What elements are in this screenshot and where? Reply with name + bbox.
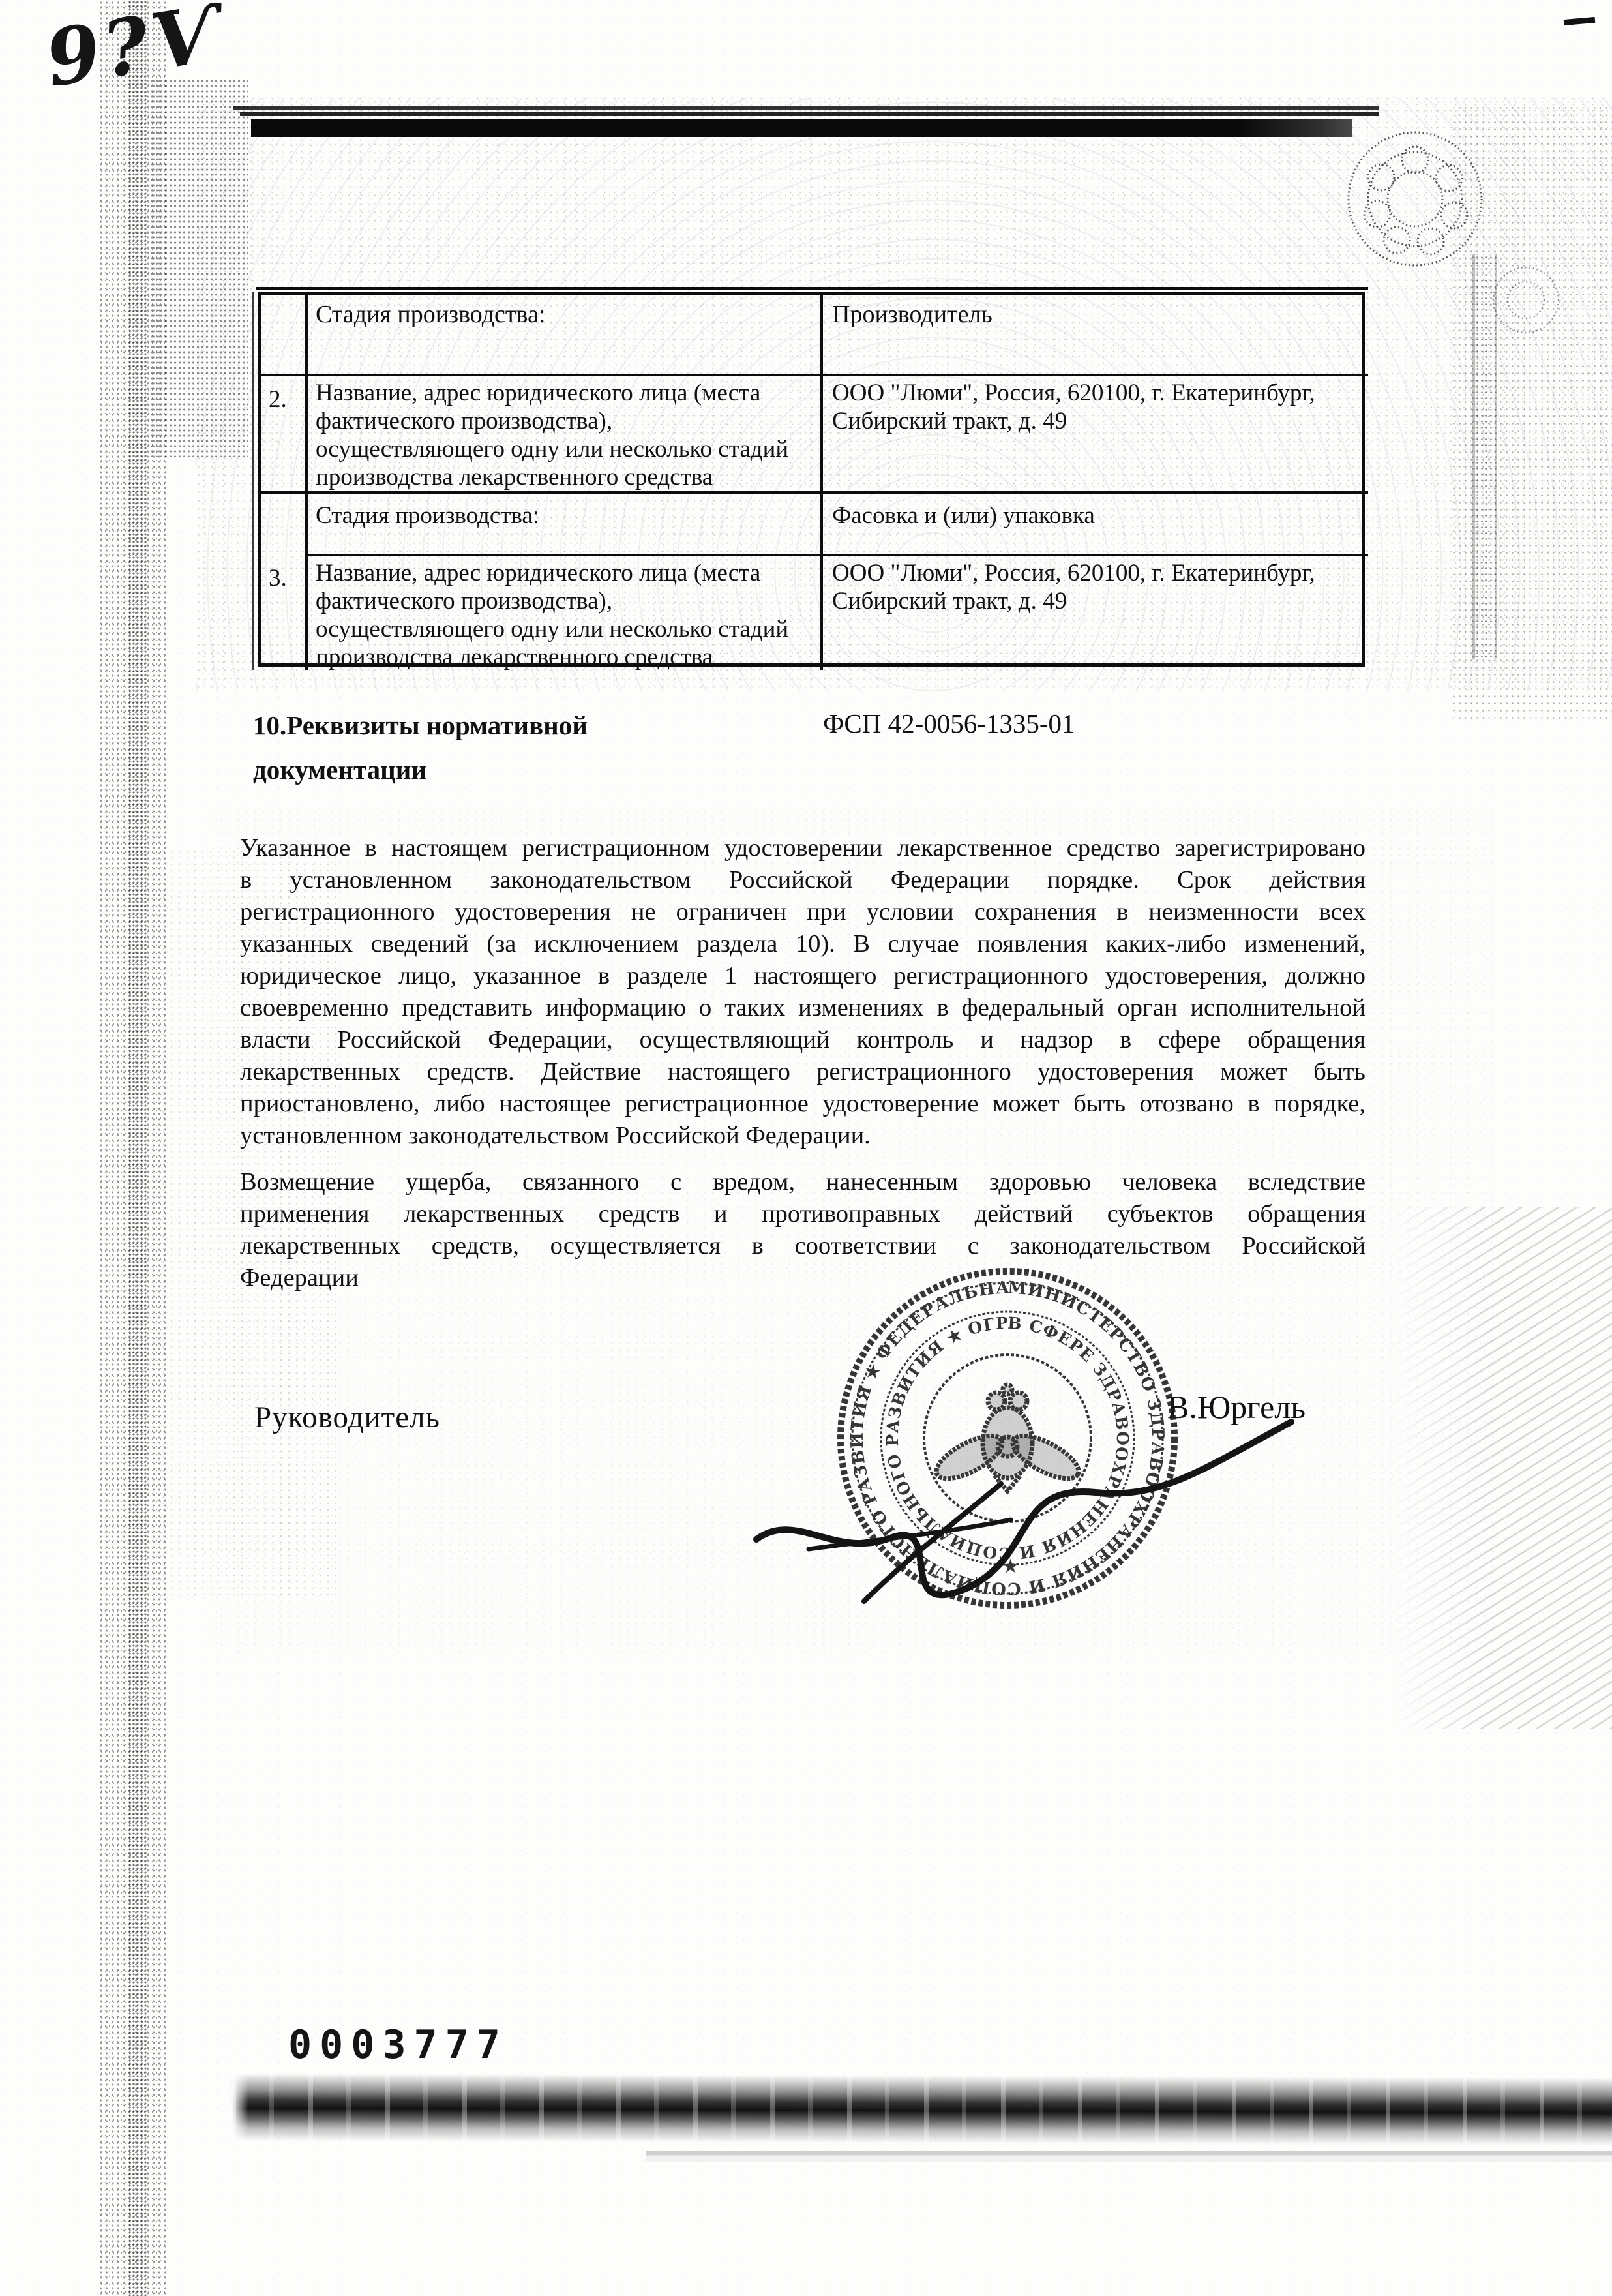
normative-document-number: ФСП 42-0056-1335-01 [823, 708, 1075, 739]
bottom-smudge-band [646, 2151, 1612, 2162]
name-address-label-cell: Название, адрес юридического лица (места… [308, 376, 823, 494]
signature-stroke [730, 1344, 1382, 1624]
scan-noise-layer [1389, 1207, 1612, 1729]
top-border-line [233, 106, 1379, 110]
binding-edge-noise [98, 0, 166, 2296]
section-10-heading: 10.Реквизиты нормативной документации [253, 703, 840, 792]
manufacturer-value-cell: ООО "Люми", Россия, 620100, г. Екатеринб… [823, 556, 1368, 670]
row-number-cell: 2. [261, 376, 308, 494]
scan-artifact [1564, 17, 1596, 25]
binding-edge-noise [150, 78, 248, 457]
bottom-smudge-band [231, 2073, 1612, 2145]
rosette-ornament [1337, 124, 1493, 280]
manufacturer-value-cell: ООО "Люми", Россия, 620100, г. Екатеринб… [823, 376, 1368, 494]
name-address-label-cell: Название, адрес юридического лица (места… [308, 556, 823, 670]
production-table: Стадия производства: Производитель 2. На… [258, 292, 1365, 667]
stage-label-cell: Стадия производства: [308, 295, 823, 376]
section-10-heading-line1: 10.Реквизиты нормативной [253, 703, 840, 748]
binding-edge-noise [128, 0, 147, 2296]
damage-compensation-paragraph: Возмещение ущерба, связанного с вредом, … [240, 1166, 1366, 1294]
registration-terms-paragraph: Указанное в настоящем регистрационном уд… [240, 832, 1366, 1152]
top-border-line [240, 112, 1379, 116]
row-number-cell: 3. [261, 494, 308, 670]
scanned-certificate-page: 9?Ѵ Стадия производства: Производитель 2… [0, 0, 1612, 2296]
handwritten-mark: 9?Ѵ [40, 0, 233, 104]
row-number-cell [261, 295, 308, 376]
stage-value-cell: Фасовка и (или) упаковка [823, 494, 1368, 556]
serial-number: 0003777 [288, 2022, 508, 2068]
signatory-role-label: Руководитель [254, 1400, 440, 1435]
top-border-bar [251, 119, 1352, 137]
stage-label-cell: Стадия производства: [308, 494, 823, 556]
section-10-heading-line2: документации [253, 748, 840, 792]
producer-header-cell: Производитель [823, 295, 1368, 376]
rosette-ornament [1487, 261, 1565, 339]
